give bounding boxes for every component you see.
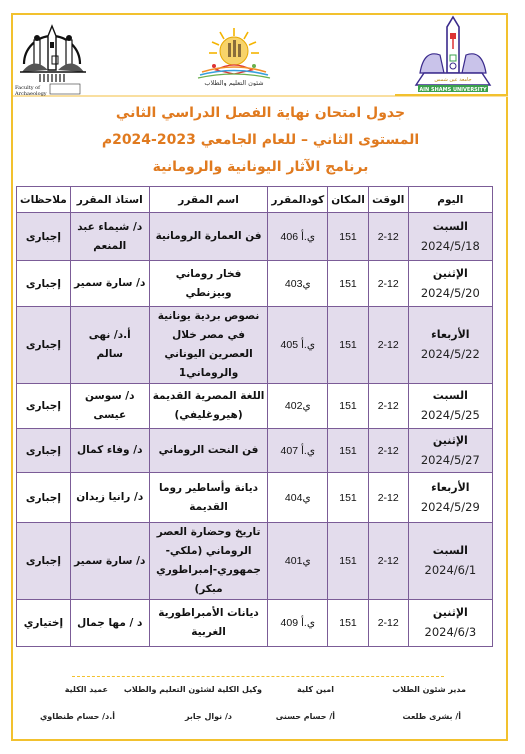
signature-name-faculty-secretary: أ/ حسام حسنى [276,712,335,721]
exam-date: 2024/5/29 [412,497,489,517]
header-time: الوقت [368,187,408,213]
day-cell: الإثنين2024/5/27 [408,429,492,473]
signature-divider [72,676,444,677]
notes-cell: إختياري [17,600,71,647]
header-notes: ملاحظات [17,187,71,213]
signature-title-faculty-secretary: امين كلية [297,685,334,694]
title-level-year: المستوى الثاني – للعام الجامعي 2023-2024… [13,127,508,154]
faculty-of-archaeology-logo: Faculty of Archaeology [14,18,94,96]
code-cell: ي401 [268,523,328,600]
place-cell: 151 [328,523,369,600]
day-cell: الأربعاء2024/5/29 [408,473,492,523]
time-cell: 2-12 [368,429,408,473]
signature-title-vice-dean: وكيل الكلية لشئون التعليم والطلاب [124,685,262,694]
notes-cell: إجبارى [17,213,71,261]
place-cell: 151 [328,213,369,261]
table-row: السبت2024/5/25 2-12 151 ي402 اللغة المصر… [17,384,493,429]
time-cell: 2-12 [368,523,408,600]
time-cell: 2-12 [368,261,408,307]
svg-text:AIN SHAMS UNIVERSITY: AIN SHAMS UNIVERSITY [419,87,487,93]
header-day: اليوم [408,187,492,213]
table-row: الإثنين2024/5/27 2-12 151 ي.أ 407 فن الن… [17,429,493,473]
day-cell: الأربعاء2024/5/22 [408,307,492,384]
time-cell: 2-12 [368,384,408,429]
professor-cell: د/ سارة سمير [70,523,149,600]
exam-date: 2024/6/1 [412,560,489,580]
header-professor: استاذ المقرر [70,187,149,213]
signature-name-dean: أ.د/ حسام طنطاوي [40,712,115,721]
table-row: الإثنين2024/6/3 2-12 151 ي.أ 409 ديانات … [17,600,493,647]
signature-title-dean: عميد الكلية [65,685,108,694]
day-cell: السبت2024/6/1 [408,523,492,600]
notes-cell: إجبارى [17,307,71,384]
table-header-row: اليوم الوقت المكان كودالمقرر اسم المقرر … [17,187,493,213]
course-cell: فن النحت الروماني [149,429,268,473]
day-name: السبت [412,387,489,405]
time-cell: 2-12 [368,600,408,647]
place-cell: 151 [328,384,369,429]
code-cell: ي403 [268,261,328,307]
header-course-code: كودالمقرر [268,187,328,213]
header-divider-accent [395,94,508,96]
place-cell: 151 [328,600,369,647]
header-course-name: اسم المقرر [149,187,268,213]
notes-cell: إجبارى [17,429,71,473]
document-titles: جدول امتحان نهاية الفصل الدراسي الثاني ا… [13,100,508,181]
day-name: الإثنين [412,265,489,283]
signature-name-vice-dean: د/ نوال جابر [185,712,232,721]
code-cell: ي402 [268,384,328,429]
exam-schedule-table: اليوم الوقت المكان كودالمقرر اسم المقرر … [16,186,493,647]
professor-cell: د/ رانيا زيدان [70,473,149,523]
course-cell: فن العمارة الرومانية [149,213,268,261]
day-cell: الإثنين2024/5/20 [408,261,492,307]
professor-cell: د/ وفاء كمال [70,429,149,473]
course-cell: ديانة وأساطير روما القديمة [149,473,268,523]
day-name: السبت [412,542,489,560]
title-exam-schedule: جدول امتحان نهاية الفصل الدراسي الثاني [13,100,508,127]
time-cell: 2-12 [368,307,408,384]
exam-date: 2024/5/18 [412,236,489,256]
signature-name-student-affairs-manager: أ/ بشرى طلعت [403,712,461,721]
code-cell: ي.أ 407 [268,429,328,473]
table-row: السبت2024/6/1 2-12 151 ي401 تاريخ وحضارة… [17,523,493,600]
course-cell: نصوص بردية يونانية في مصر خلال العصرين ا… [149,307,268,384]
exam-date: 2024/6/3 [412,622,489,642]
table-row: الأربعاء2024/5/29 2-12 151 ي404 ديانة وأ… [17,473,493,523]
code-cell: ي.أ 406 [268,213,328,261]
time-cell: 2-12 [368,473,408,523]
signature-title-student-affairs-manager: مدير شئون الطلاب [392,685,466,694]
svg-text:جامعة عين شمس: جامعة عين شمس [434,77,471,83]
time-cell: 2-12 [368,213,408,261]
code-cell: ي.أ 405 [268,307,328,384]
course-cell: تاريخ وحضارة العصر الروماني (ملكي-جمهوري… [149,523,268,600]
professor-cell: أ.د/ نهى سالم [70,307,149,384]
course-cell: ديانات الأمبراطورية الغربية [149,600,268,647]
day-name: الإثنين [412,604,489,622]
code-cell: ي.أ 409 [268,600,328,647]
exam-date: 2024/5/22 [412,344,489,364]
notes-cell: إجبارى [17,473,71,523]
day-name: الأربعاء [412,326,489,344]
day-name: الأربعاء [412,479,489,497]
professor-cell: د / مها جمال [70,600,149,647]
header-place: المكان [328,187,369,213]
notes-cell: إجبارى [17,523,71,600]
notes-cell: إجبارى [17,261,71,307]
place-cell: 151 [328,261,369,307]
svg-text:Archaeology: Archaeology [14,91,47,96]
table-row: السبت2024/5/18 2-12 151 ي.أ 406 فن العما… [17,213,493,261]
course-cell: فخار روماني وبيزنطي [149,261,268,307]
table-row: الأربعاء2024/5/22 2-12 151 ي.أ 405 نصوص … [17,307,493,384]
notes-cell: إجبارى [17,384,71,429]
place-cell: 151 [328,429,369,473]
education-student-affairs-logo: شئون التعليم والطلاب [192,26,276,86]
exam-date: 2024/5/25 [412,405,489,425]
day-cell: الإثنين2024/6/3 [408,600,492,647]
day-name: الإثنين [412,432,489,450]
day-name: السبت [412,218,489,236]
exam-date: 2024/5/20 [412,283,489,303]
exam-date: 2024/5/27 [412,450,489,470]
place-cell: 151 [328,473,369,523]
ain-shams-university-logo: جامعة عين شمس AIN SHAMS UNIVERSITY [410,15,496,93]
professor-cell: د/ سارة سمير [70,261,149,307]
svg-text:شئون التعليم والطلاب: شئون التعليم والطلاب [204,79,263,86]
place-cell: 151 [328,307,369,384]
code-cell: ي404 [268,473,328,523]
day-cell: السبت2024/5/25 [408,384,492,429]
day-cell: السبت2024/5/18 [408,213,492,261]
table-row: الإثنين2024/5/20 2-12 151 ي403 فخار روما… [17,261,493,307]
course-cell: اللغة المصرية القديمة (هيروغليفي) [149,384,268,429]
professor-cell: د/ شيماء عبد المنعم [70,213,149,261]
title-program: برنامج الآثار اليونانية والرومانية [13,154,508,181]
professor-cell: د/ سوسن عيسى [70,384,149,429]
